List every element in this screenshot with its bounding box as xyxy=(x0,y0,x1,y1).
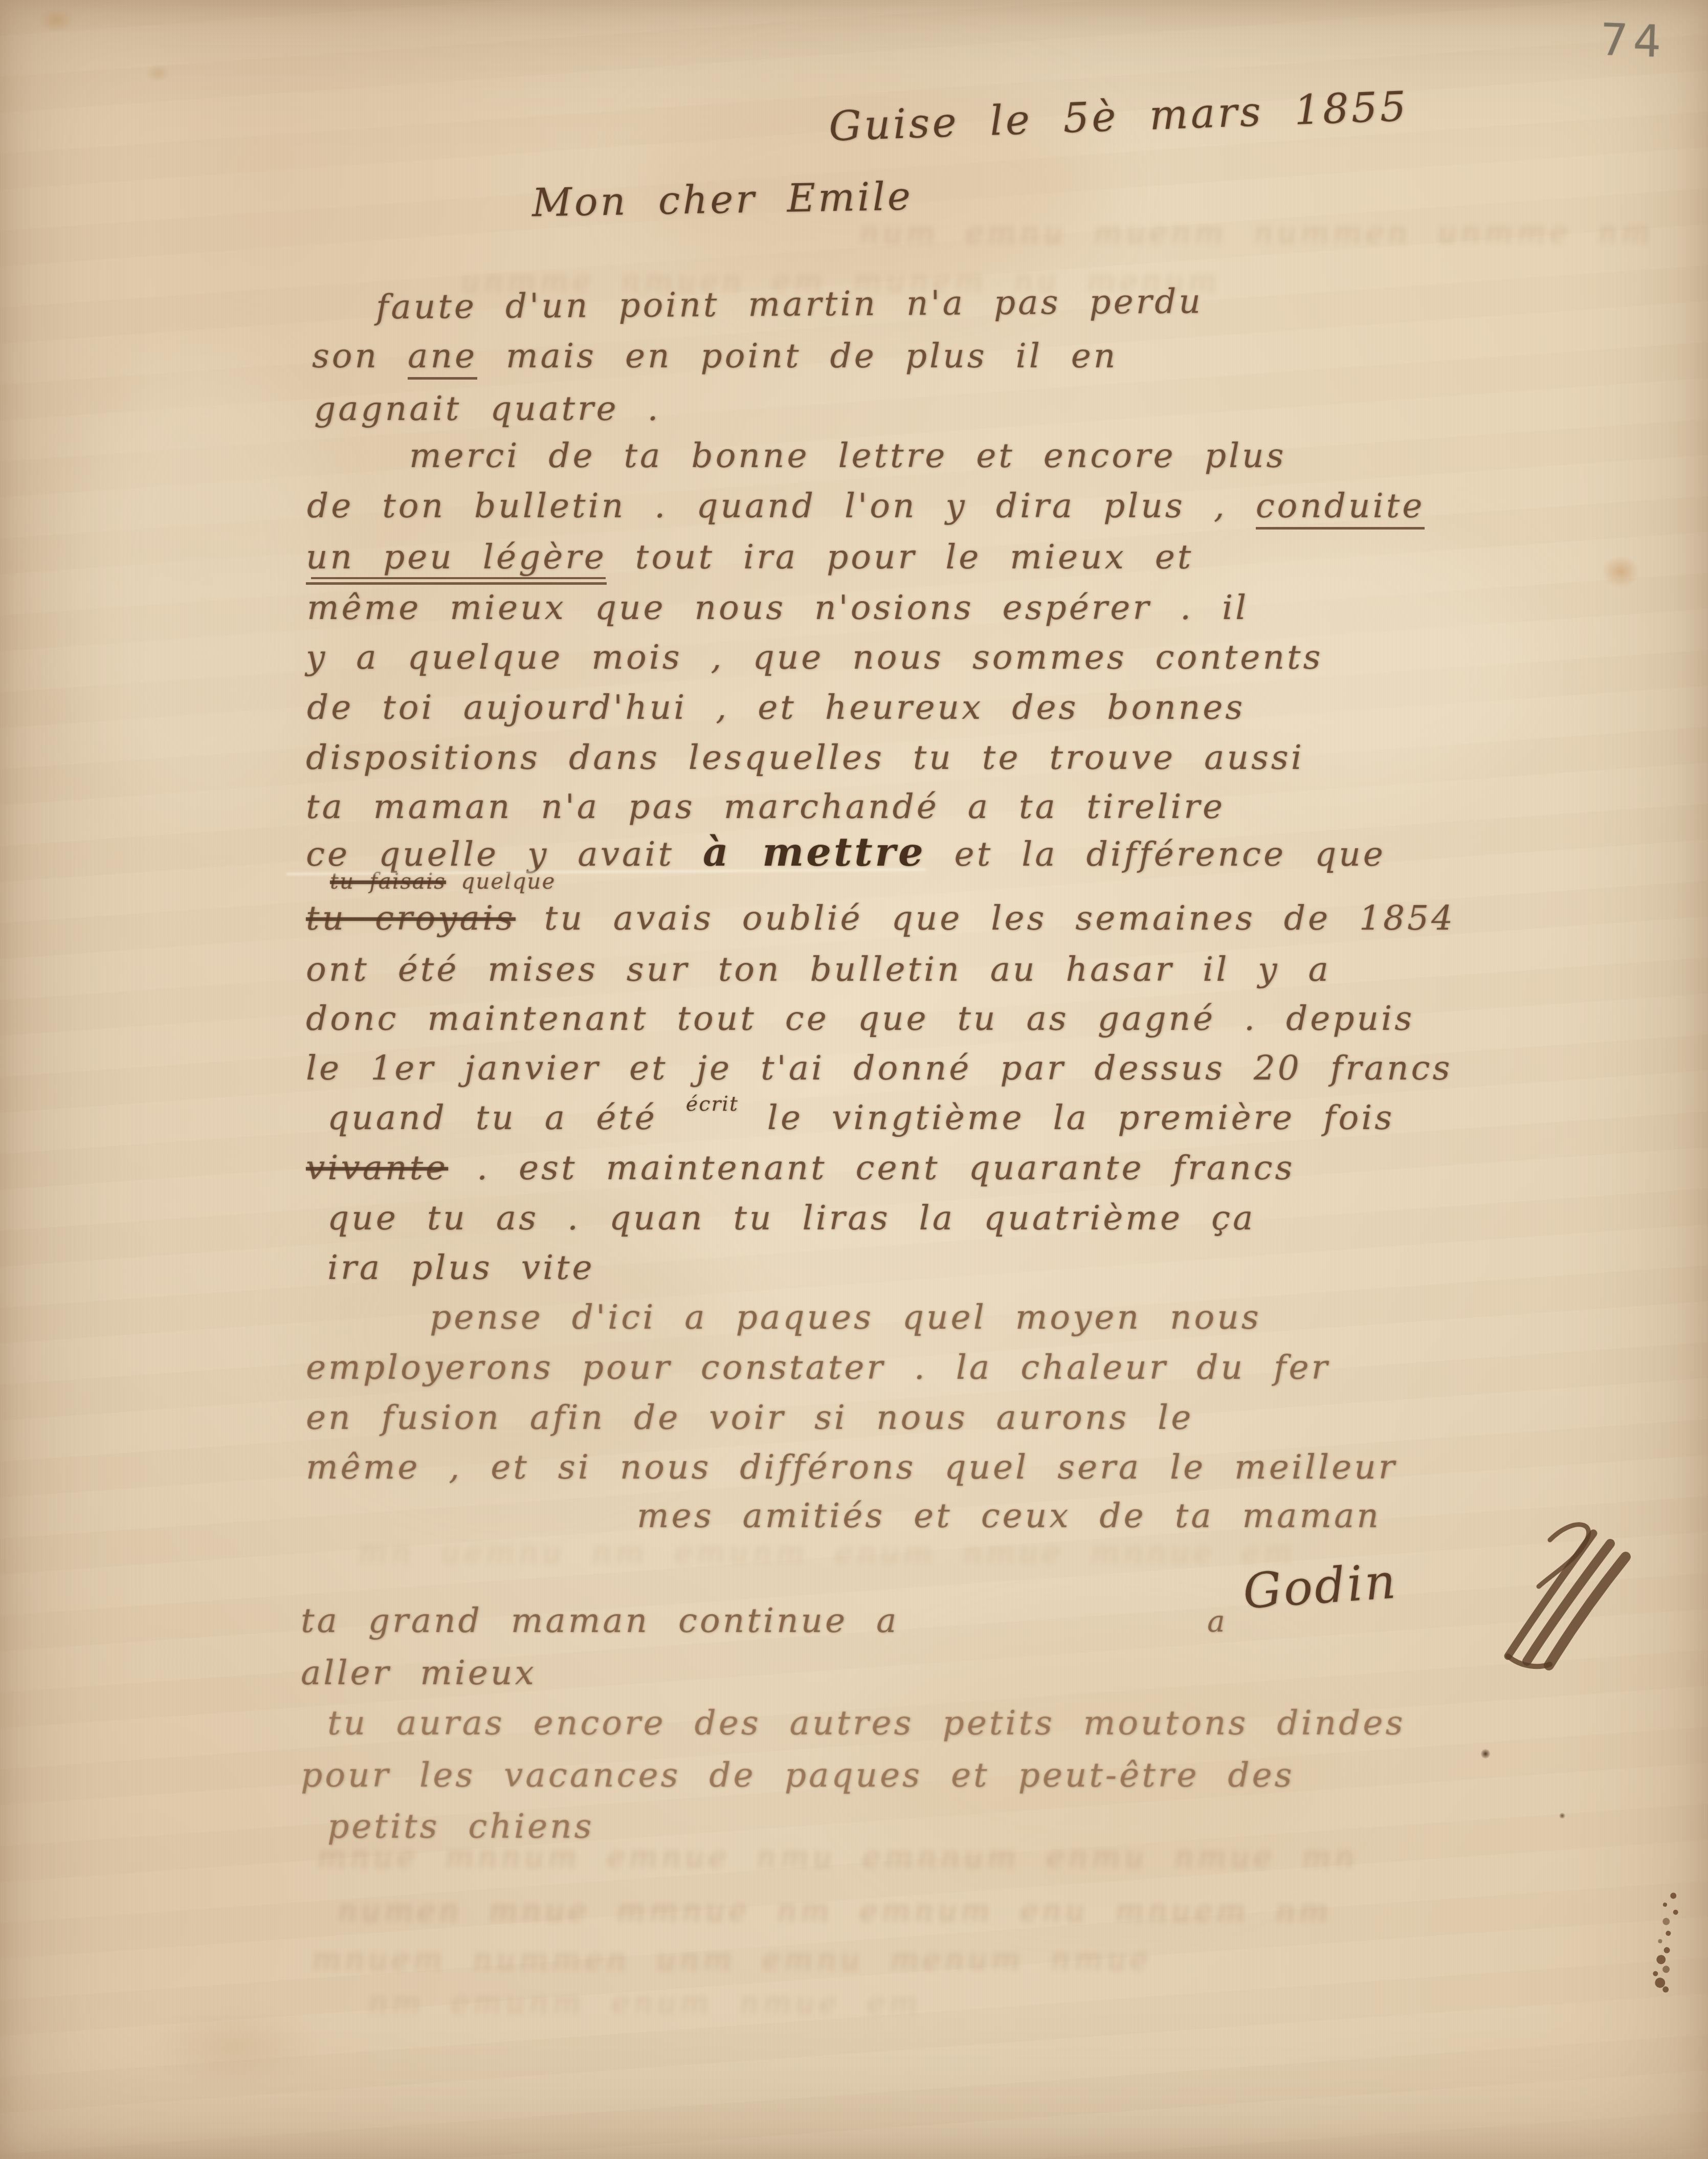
letter-line: de toi aujourd'hui , et heureux des bonn… xyxy=(307,691,1245,724)
bleedthrough-line: numen mnue mmnue nm emnum enu mnuem nm xyxy=(338,1896,1332,1926)
letter-line-segment: tout ira pour le mieux et xyxy=(607,537,1193,577)
inserted-word: écrit xyxy=(686,1094,739,1115)
soft-stain xyxy=(153,2006,317,2087)
letter-line: ta maman n'a pas marchandé a ta tirelire xyxy=(306,790,1225,824)
underlined-word: conduite xyxy=(1256,486,1425,530)
closing-line: mes amitiés et ceux de ta maman xyxy=(637,1499,1381,1533)
letter-line: vivante . est maintenant cent quarante f… xyxy=(306,1151,1295,1185)
letter-line: quand tu a été écrit le vingtième la pre… xyxy=(327,1101,1394,1135)
letter-line: de ton bulletin . quand l'on y dira plus… xyxy=(307,489,1425,523)
archive-number: 74 xyxy=(1599,14,1667,68)
postscript-line: tu auras encore des autres petits mouton… xyxy=(327,1706,1405,1740)
letter-line: y a quelque mois , que nous sommes conte… xyxy=(306,641,1323,674)
letter-line: employerons pour constater . la chaleur … xyxy=(306,1351,1330,1384)
letter-line: un peu légère tout ira pour le mieux et xyxy=(306,540,1193,574)
letter-line-segment: tu avais oublié que les semaines de 1854 xyxy=(516,898,1455,938)
letter-line-segment: . est maintenant cent quarante francs xyxy=(448,1148,1295,1187)
bleedthrough-line: nm emunm enum nmue em xyxy=(368,1988,921,2018)
tan-stain xyxy=(1601,555,1640,588)
ink-blot xyxy=(1481,1749,1490,1759)
stray-mark: a xyxy=(1207,1606,1228,1636)
letter-line: dispositions dans lesquelles tu te trouv… xyxy=(306,741,1304,775)
letter-line: gagnait quatre . xyxy=(314,392,661,426)
paper-mottle xyxy=(77,358,332,819)
rust-stain xyxy=(1625,1883,1705,2002)
postscript-line: ta grand maman continue a xyxy=(301,1604,899,1638)
letter-line: en fusion afin de voir si nous aurons le xyxy=(306,1401,1193,1435)
letter-line: donc maintenant tout ce que tu as gagné … xyxy=(306,1002,1414,1036)
letter-line-segment: quand tu a été xyxy=(327,1098,686,1137)
bleedthrough-line: num emnu muenm nummen unmme nm xyxy=(859,217,1654,248)
postscript-line: aller mieux xyxy=(301,1656,537,1690)
struck-word: vivante xyxy=(306,1148,448,1187)
letter-line: son ane mais en point de plus il en xyxy=(312,339,1118,373)
double-underlined-phrase: un peu légère xyxy=(306,537,607,585)
letter-line-segment: le vingtième la première fois xyxy=(739,1098,1394,1137)
bleedthrough-line: mnuem nummen unm emnu menum nmue xyxy=(312,1944,1151,1975)
letter-line: ce quelle y avait à mettre et la différe… xyxy=(306,833,1386,872)
letter-line-segment: son xyxy=(312,336,408,376)
letter-line: même , et si nous différons quel sera le… xyxy=(306,1450,1397,1484)
tan-stain xyxy=(146,64,170,82)
letter-line: merci de ta bonne lettre et encore plus xyxy=(409,439,1286,473)
letter-line: le 1er janvier et je t'ai donné par dess… xyxy=(306,1051,1452,1085)
letter-line: faute d'un point martin n'a pas perdu xyxy=(376,284,1203,324)
letter-line: que tu as . quan tu liras la quatrième ç… xyxy=(327,1201,1255,1235)
bleedthrough-line: mnue mnnum emnue nmu emnnum enmu nmue mn xyxy=(317,1842,1358,1872)
postscript-line: pour les vacances de paques et peut-être… xyxy=(301,1758,1294,1792)
struck-word: tu croyais xyxy=(306,898,516,938)
letter-line: pense d'ici a paques quel moyen nous xyxy=(430,1301,1261,1334)
letter-line-segment: de ton bulletin . quand l'on y dira plus… xyxy=(307,486,1256,525)
letter-line-segment: et la différence que xyxy=(926,834,1386,874)
letter-line: ira plus vite xyxy=(327,1251,595,1285)
letter-page: num emnu muenm nummen unmme nm unmme nmu… xyxy=(0,0,1708,2159)
signature: Godin xyxy=(1241,1558,1399,1617)
letter-line: même mieux que nous n'osions espérer . i… xyxy=(307,591,1249,625)
ink-dot xyxy=(1559,1813,1565,1819)
underlined-word: ane xyxy=(408,336,477,380)
letter-line-segment: mais en point de plus il en xyxy=(477,336,1118,376)
postscript-line: petits chiens xyxy=(327,1810,594,1843)
bleedthrough-line: mn uemnu nm emunm enum nmue mnnue em xyxy=(358,1537,1296,1568)
tan-stain xyxy=(38,8,74,32)
letter-line-segment: ce quelle y avait xyxy=(306,834,703,874)
letter-line: ont été mises sur ton bulletin au hasar … xyxy=(306,953,1331,986)
salutation: Mon cher Emile xyxy=(531,177,913,223)
letter-line: tu croyais tu avais oublié que les semai… xyxy=(306,901,1455,935)
signature-flourish xyxy=(1473,1512,1647,1686)
